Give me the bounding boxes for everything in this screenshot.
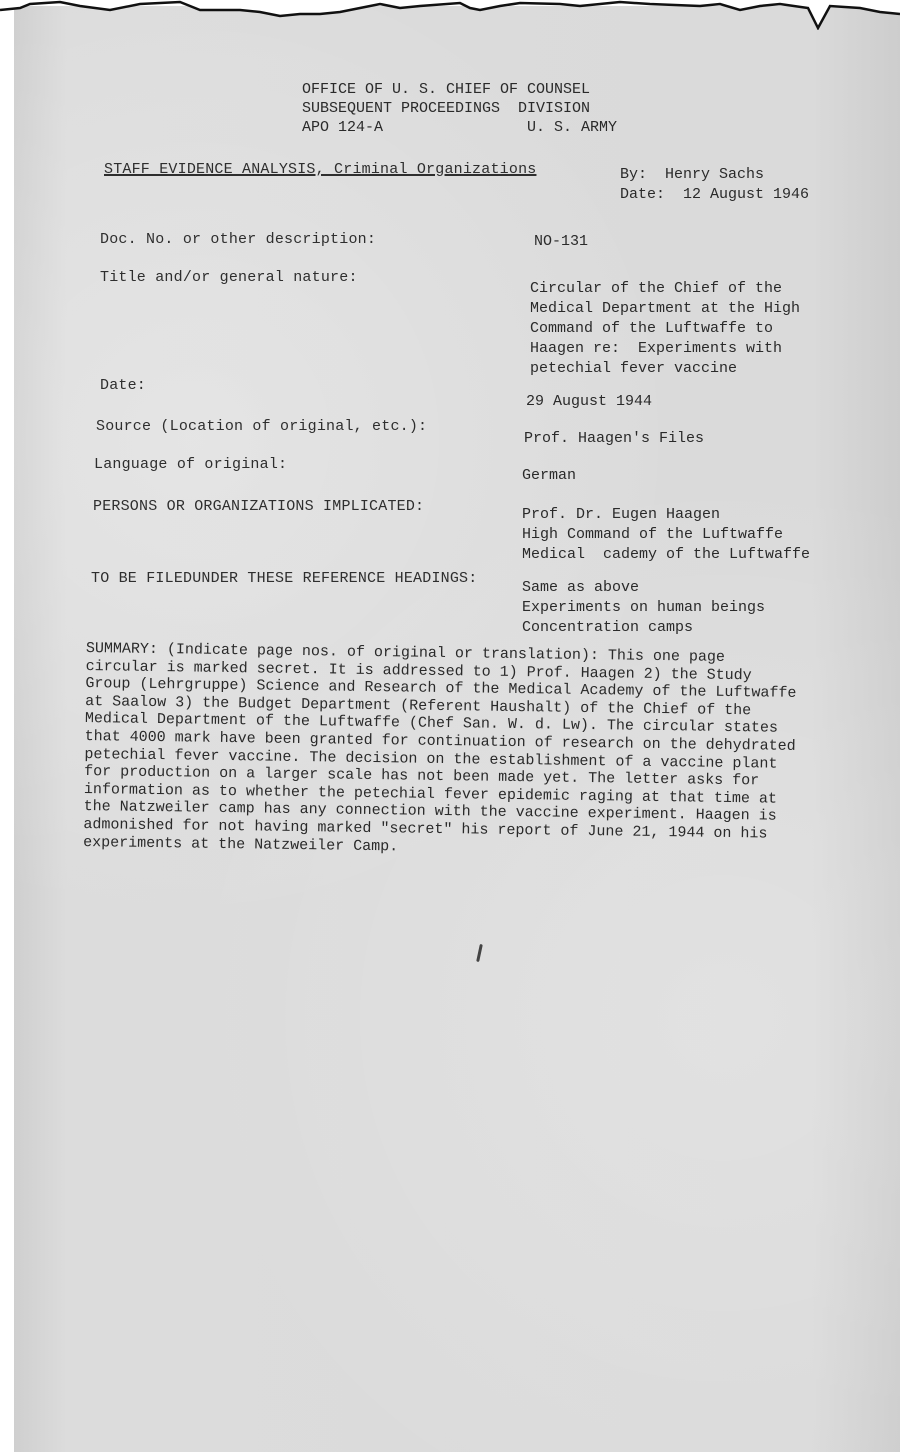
value-line: Experiments on human beings <box>522 598 765 618</box>
value-line: High Command of the Luftwaffe <box>522 525 810 545</box>
value-line: Command of the Luftwaffe to <box>530 319 800 339</box>
field-value-doc-no: NO-131 <box>534 232 588 252</box>
field-label-reference-headings: TO BE FILEDUNDER THESE REFERENCE HEADING… <box>91 569 477 589</box>
field-value-reference-headings: Same as above Experiments on human being… <box>522 578 765 638</box>
field-label-date: Date: <box>100 376 146 396</box>
field-label-doc-no: Doc. No. or other description: <box>100 230 376 250</box>
value-line: Prof. Haagen's Files <box>524 429 704 449</box>
header-line: APO 124-A U. S. ARMY <box>302 118 617 137</box>
value-line: Same as above <box>522 578 765 598</box>
value-line: 29 August 1944 <box>526 392 652 412</box>
field-value-language: German <box>522 466 576 486</box>
field-value-persons: Prof. Dr. Eugen Haagen High Command of t… <box>522 505 810 565</box>
value-line: NO-131 <box>534 232 588 252</box>
field-value-date: 29 August 1944 <box>526 392 652 412</box>
value-line: Concentration camps <box>522 618 765 638</box>
field-value-title: Circular of the Chief of the Medical Dep… <box>530 279 800 379</box>
value-line: German <box>522 466 576 486</box>
field-label-language: Language of original: <box>94 455 287 475</box>
value-line: Circular of the Chief of the <box>530 279 800 299</box>
field-label-source: Source (Location of original, etc.): <box>96 417 427 437</box>
value-line: Prof. Dr. Eugen Haagen <box>522 505 810 525</box>
value-line: petechial fever vaccine <box>530 359 800 379</box>
field-label-persons: PERSONS OR ORGANIZATIONS IMPLICATED: <box>93 497 424 517</box>
header-line: SUBSEQUENT PROCEEDINGS DIVISION <box>302 99 617 118</box>
report-date: Date: 12 August 1946 <box>620 185 809 205</box>
summary-paragraph: SUMMARY: (Indicate page nos. of original… <box>83 640 806 861</box>
torn-top-edge <box>0 0 900 30</box>
header-line: OFFICE OF U. S. CHIEF OF COUNSEL <box>302 80 617 99</box>
value-line: Medical Department at the High <box>530 299 800 319</box>
value-line: Haagen re: Experiments with <box>530 339 800 359</box>
author: By: Henry Sachs <box>620 165 809 185</box>
field-label-title: Title and/or general nature: <box>100 268 358 288</box>
byline: By: Henry Sachs Date: 12 August 1946 <box>620 165 809 205</box>
field-value-source: Prof. Haagen's Files <box>524 429 704 449</box>
office-header: OFFICE OF U. S. CHIEF OF COUNSEL SUBSEQU… <box>302 80 617 137</box>
value-line: Medical cademy of the Luftwaffe <box>522 545 810 565</box>
document-title: STAFF EVIDENCE ANALYSIS, Criminal Organi… <box>104 160 536 180</box>
